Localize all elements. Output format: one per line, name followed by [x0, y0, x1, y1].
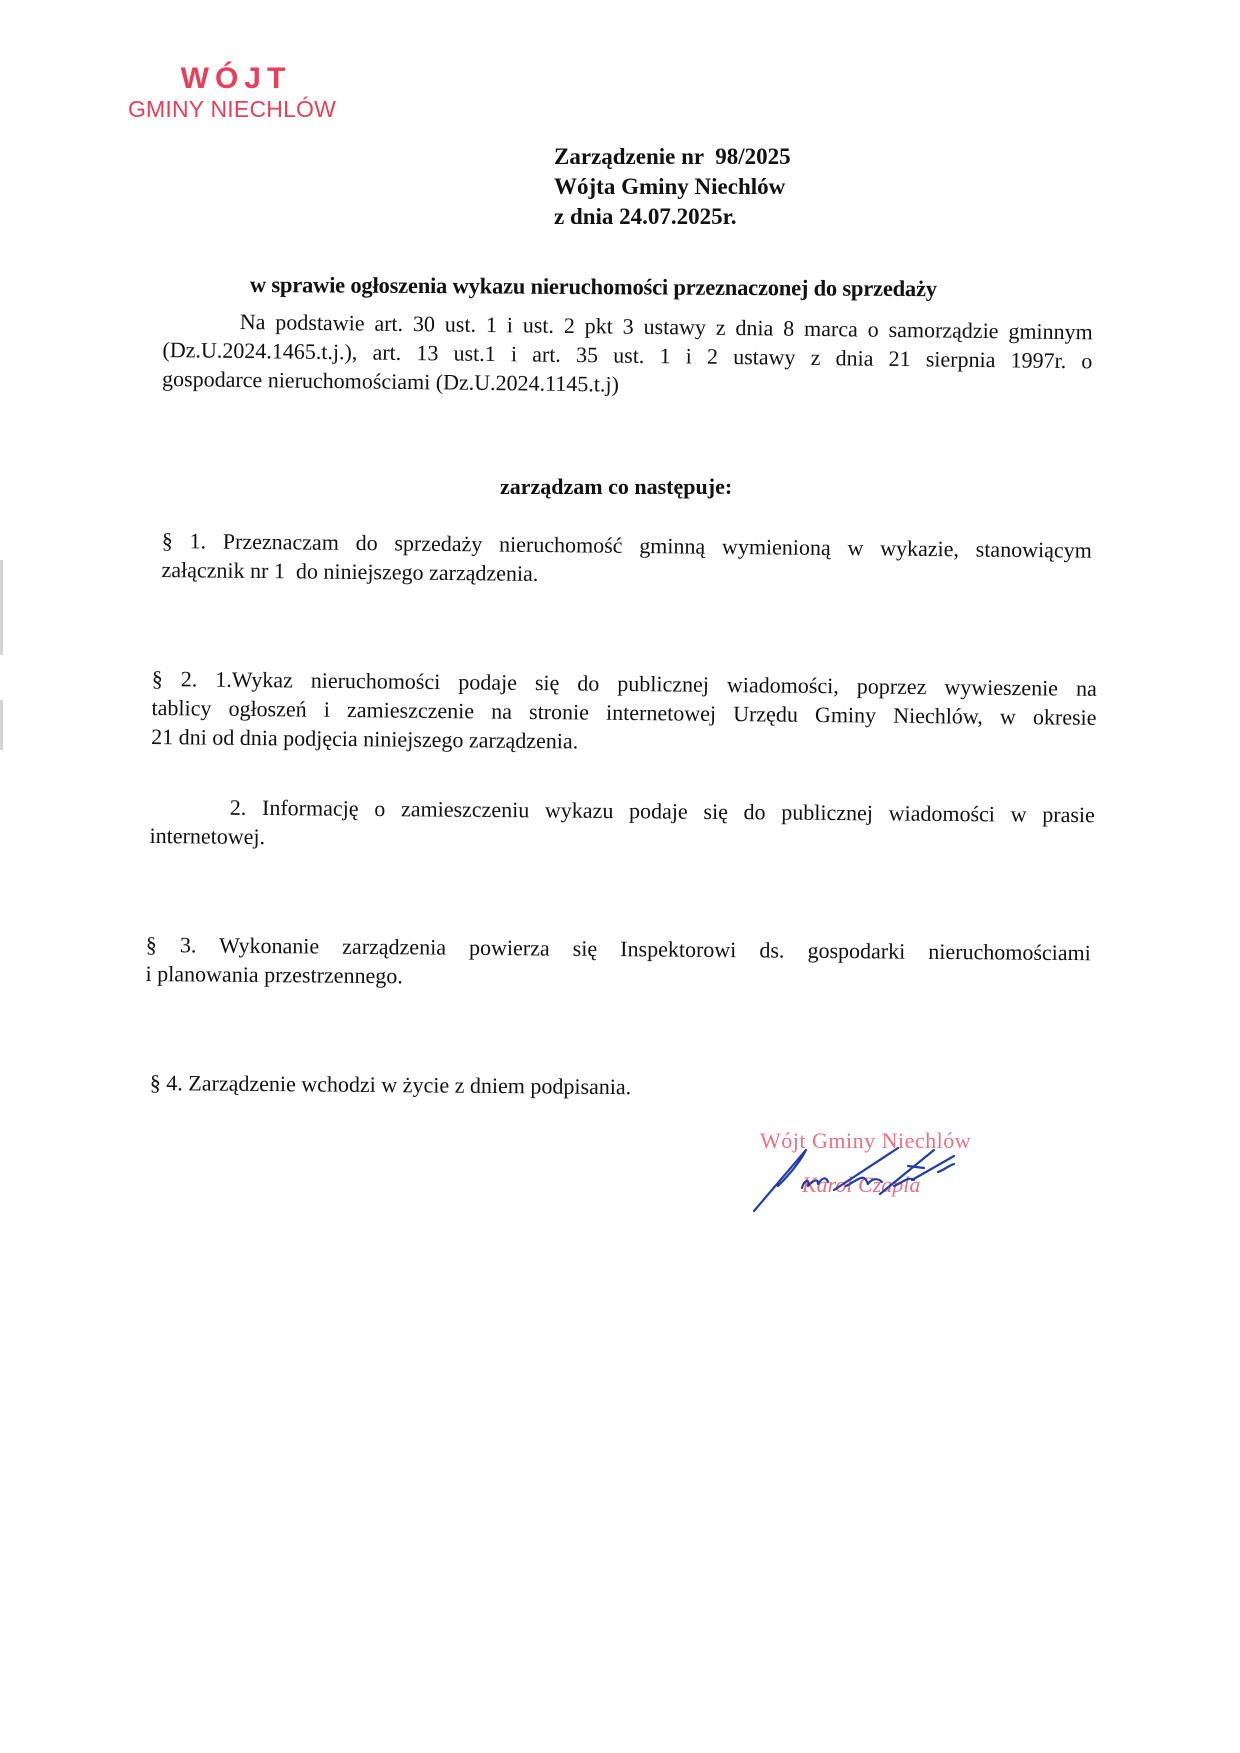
- preamble-paragraph: Na podstawie art. 30 ust. 1 i ust. 2 pkt…: [162, 306, 1093, 404]
- section-line: § 4. Zarządzenie wchodzi w życie z dniem…: [150, 1068, 850, 1103]
- document-heading: Zarządzenie nr 98/2025 Wójta Gminy Niech…: [554, 142, 791, 232]
- document-subject: w sprawie ogłoszenia wykazu nieruchomośc…: [250, 272, 937, 302]
- office-stamp: WÓJT GMINY NIECHLÓW: [118, 64, 348, 121]
- ordinance-date: z dnia 24.07.2025r.: [554, 202, 791, 232]
- section-3: § 3. Wykonanie zarządzenia powierza się …: [145, 930, 1090, 996]
- stamp-title: WÓJT: [124, 64, 348, 94]
- section-2-point-1: § 2. 1.Wykaz nieruchomości podaje się do…: [151, 664, 1097, 761]
- signature-block: Wójt Gminy Niechlów Karol Czapla: [748, 1128, 998, 1218]
- section-4: § 4. Zarządzenie wchodzi w życie z dniem…: [150, 1068, 850, 1103]
- stamp-subtitle: GMINY NIECHLÓW: [116, 98, 348, 121]
- scan-edge-mark: [0, 700, 3, 750]
- ordinance-number: Zarządzenie nr 98/2025: [554, 142, 791, 172]
- scan-edge-mark: [0, 560, 3, 655]
- ordinance-issuer: Wójta Gminy Niechlów: [554, 172, 791, 202]
- section-2-point-2: 2. Informację o zamieszczeniu wykazu pod…: [149, 792, 1094, 858]
- section-1: § 1. Przeznaczam do sprzedaży nieruchomo…: [161, 526, 1092, 594]
- order-phrase: zarządzam co następuje:: [500, 474, 732, 500]
- handwritten-signature-icon: [748, 1128, 998, 1218]
